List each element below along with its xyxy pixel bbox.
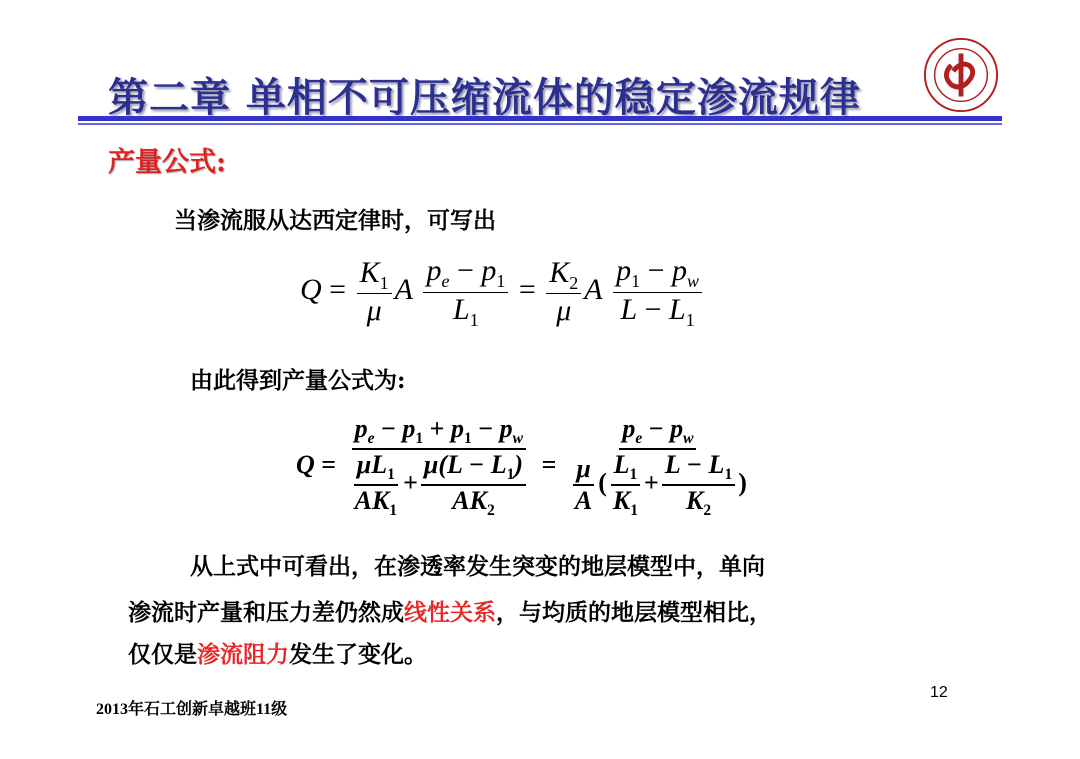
highlight-linear-relation: 线性关系 bbox=[404, 599, 496, 626]
section-subheading: 产量公式: bbox=[108, 140, 226, 179]
title-divider-thin bbox=[78, 123, 1002, 125]
conclusion-line-1: 从上式中可看出，在渗透率发生突变的地层模型中，单向 bbox=[190, 548, 765, 581]
intro-text: 当渗流服从达西定律时，可写出 bbox=[174, 202, 496, 235]
conclusion-line-2: 渗流时产量和压力差仍然成线性关系，与均质的地层模型相比， bbox=[128, 594, 772, 627]
conclusion-line-3: 仅仅是渗流阻力发生了变化。 bbox=[128, 636, 427, 669]
darcy-equation: Q = K1μA pe − p1L1 = K2μA p1 − pwL − L1 bbox=[300, 254, 705, 330]
title-divider bbox=[78, 116, 1002, 121]
slide-title: 第二章 单相不可压缩流体的稳定渗流规律 bbox=[108, 66, 861, 123]
production-formula: Q = pe − p1 + p1 − pw μL1AK1+μ(L − L1)AK… bbox=[296, 414, 753, 520]
university-logo-icon bbox=[922, 36, 1000, 114]
derived-text: 由此得到产量公式为: bbox=[190, 362, 406, 395]
page-number: 12 bbox=[930, 684, 948, 702]
footer-text: 2013年石工创新卓越班11级 bbox=[96, 696, 287, 719]
highlight-flow-resistance: 渗流阻力 bbox=[197, 641, 289, 668]
